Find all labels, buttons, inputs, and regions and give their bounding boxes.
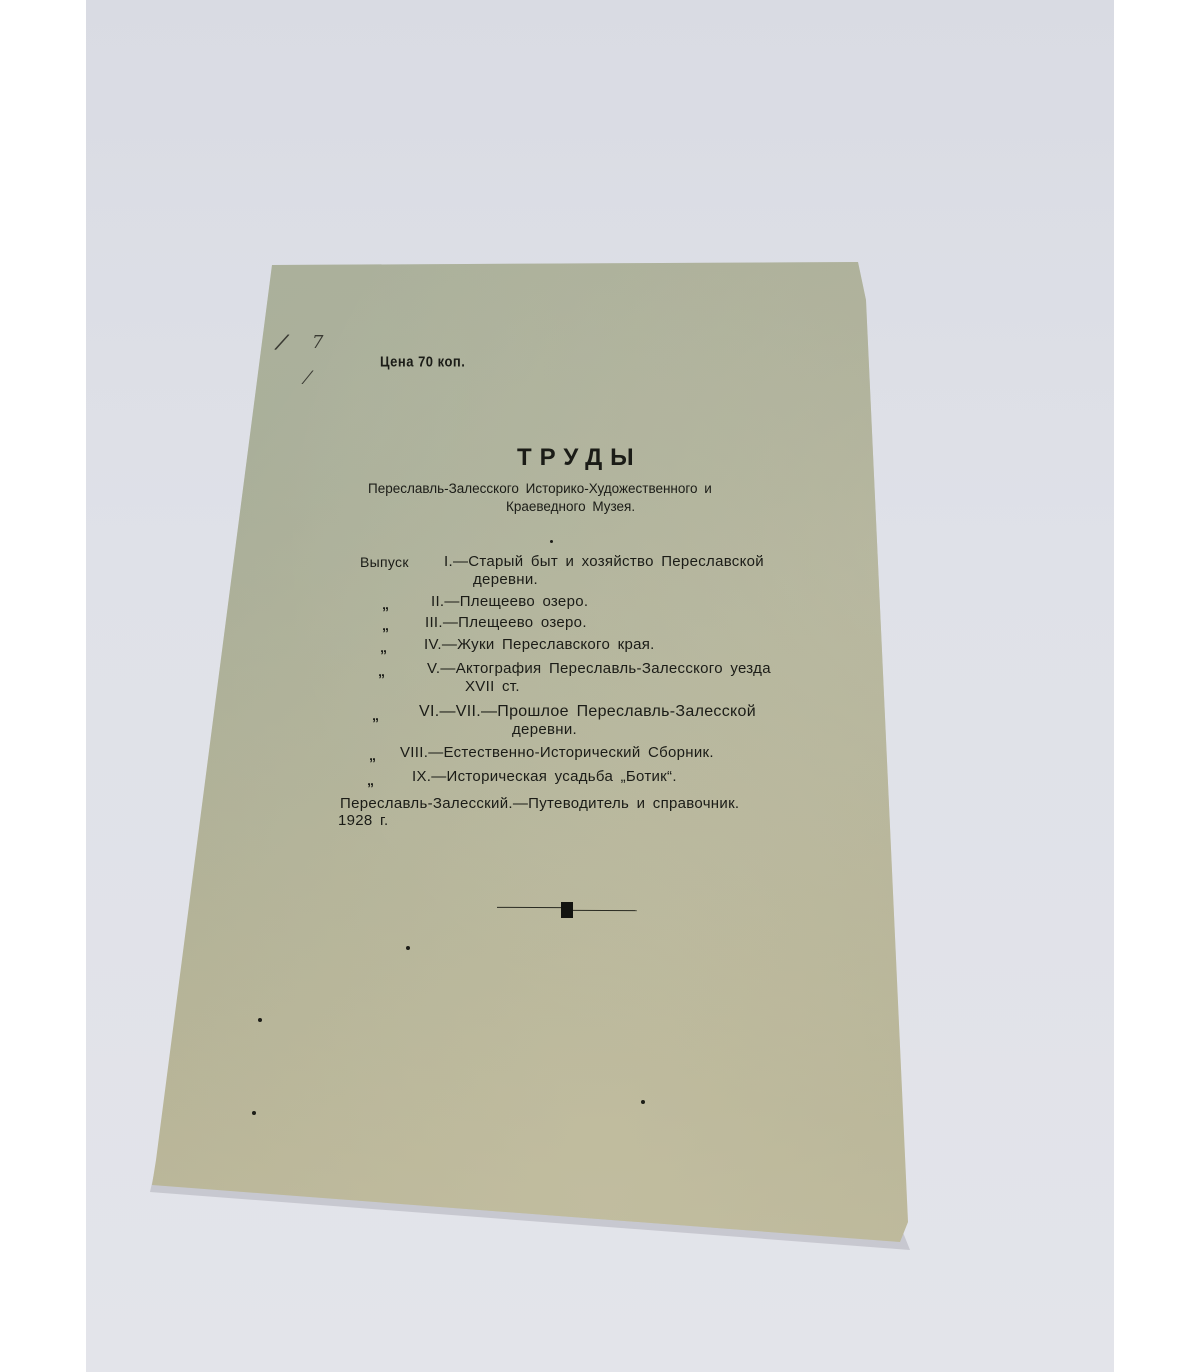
paper-speck: [550, 540, 553, 543]
issue-title: —Историческая усадьба „Ботик“.: [431, 768, 677, 785]
issue-item: VI.—VII.—Прошлое Переславль-Залесской: [419, 703, 756, 721]
paper-speck: [641, 1100, 645, 1104]
ditto-mark: „: [369, 747, 376, 763]
pencil-mark: ⁄: [306, 368, 309, 389]
museum-name-line2: Краеведного Музея.: [506, 499, 635, 514]
issue-number: II.: [431, 593, 444, 610]
ditto-mark: „: [367, 772, 374, 788]
issue-title: —Плещеево озеро.: [443, 614, 587, 631]
museum-name-line1: Переславль-Залесского Историко-Художеств…: [368, 481, 712, 496]
decorative-rule-right: [573, 910, 637, 911]
series-label: Выпуск: [360, 554, 409, 570]
issue-item: IV.—Жуки Переславского края.: [424, 636, 655, 653]
cover-print: / 7 ⁄ Цена 70 коп. ТРУДЫ Переславль-Зале…: [0, 0, 1200, 1372]
issue-number: IV.: [424, 636, 442, 653]
ditto-mark: „: [380, 639, 387, 655]
ditto-mark: „: [378, 663, 385, 679]
issue-title-continued: деревни.: [473, 571, 538, 588]
issue-title-continued: XVII ст.: [465, 678, 520, 695]
issue-item: I.—Старый быт и хозяйство Переславской: [444, 553, 764, 570]
issue-title: —Естественно-Исторический Сборник.: [428, 744, 714, 761]
pencil-mark: /: [275, 329, 289, 355]
guidebook-title: Переславль-Залесский.—Путеводитель и спр…: [340, 795, 739, 812]
issue-number: I.: [444, 553, 453, 570]
ditto-mark: „: [382, 617, 389, 633]
issue-number: V.: [427, 660, 440, 677]
ditto-mark: „: [382, 596, 389, 612]
guidebook-year: 1928 г.: [338, 812, 388, 829]
ditto-mark: „: [372, 707, 379, 723]
issue-title: —Актография Переславль-Залесского уезда: [440, 660, 770, 677]
issue-item: IX.—Историческая усадьба „Ботик“.: [412, 768, 677, 785]
issue-title: —Старый быт и хозяйство Переславской: [453, 553, 764, 570]
paper-speck: [406, 946, 410, 950]
paper-speck: [252, 1111, 256, 1115]
series-title: ТРУДЫ: [517, 444, 642, 472]
pencil-mark: 7: [312, 332, 323, 353]
issue-title: —Жуки Переславского края.: [442, 636, 655, 653]
issue-title: —Прошлое Переславль-Залесской: [481, 703, 756, 720]
price-label: Цена 70 коп.: [380, 353, 465, 370]
decorative-rule-left: [497, 907, 561, 908]
issue-number: VIII.: [400, 744, 428, 761]
issue-number: VI.—VII.: [419, 703, 481, 720]
decorative-rule-ornament: [561, 902, 573, 918]
issue-title: —Плещеево озеро.: [444, 593, 588, 610]
issue-item: VIII.—Естественно-Исторический Сборник.: [400, 744, 714, 761]
issue-number: III.: [425, 614, 443, 631]
issue-item: II.—Плещеево озеро.: [431, 593, 588, 610]
issue-title-continued: деревни.: [512, 721, 577, 738]
paper-speck: [258, 1018, 262, 1022]
issue-item: III.—Плещеево озеро.: [425, 614, 587, 631]
issue-number: IX.: [412, 768, 431, 785]
issue-item: V.—Актография Переславль-Залесского уезд…: [427, 660, 771, 677]
